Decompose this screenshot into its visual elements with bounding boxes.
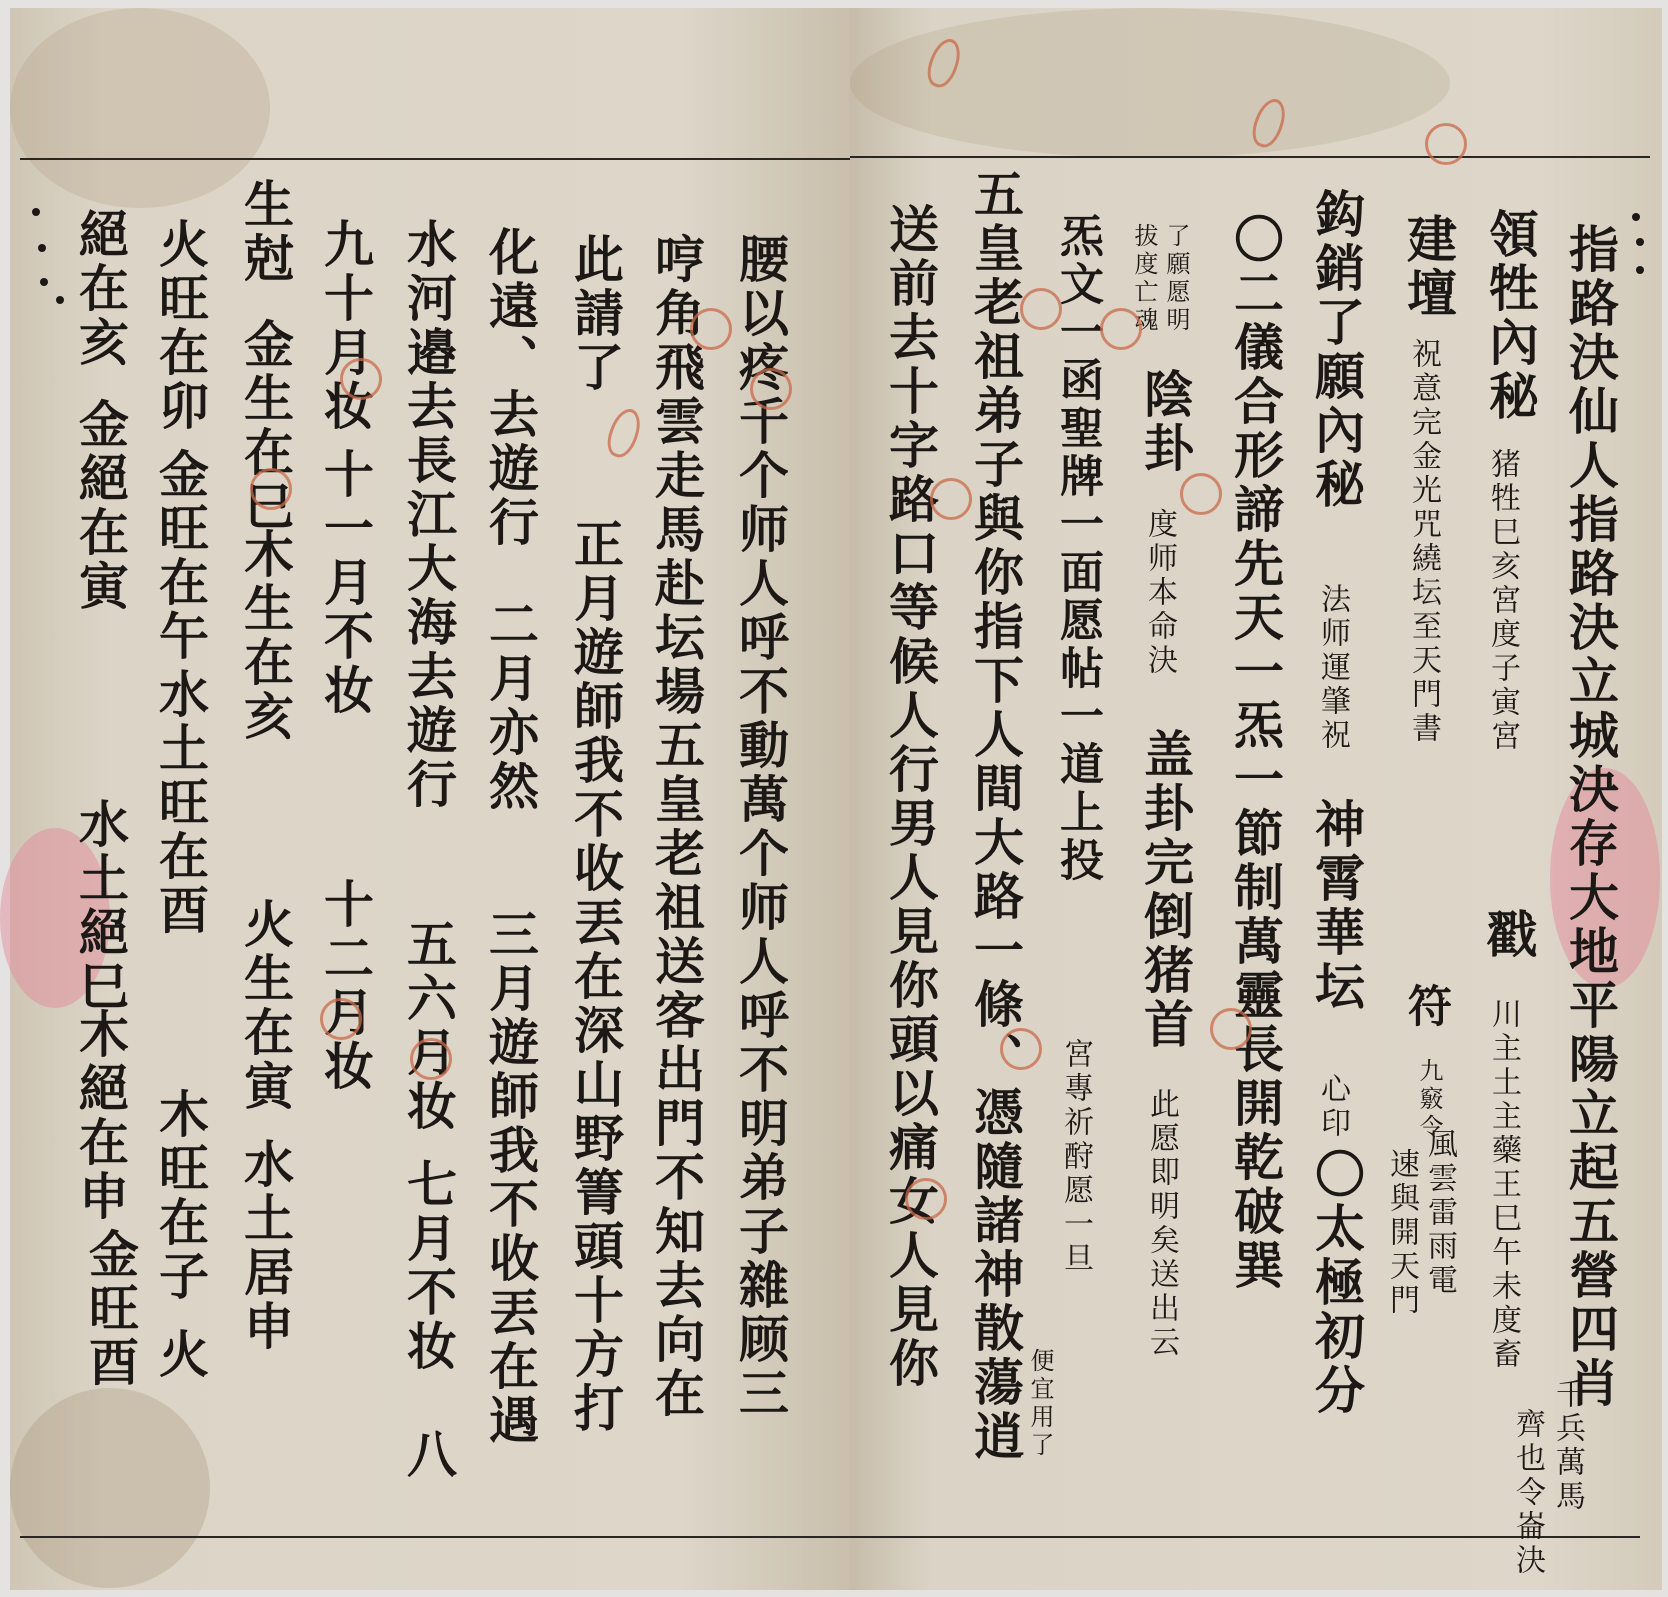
text-column-r3-title: 建壇 (1398, 213, 1458, 321)
red-circle-mark (320, 998, 362, 1040)
text-column-r7-note: 便宜用了 (1026, 1348, 1054, 1460)
text-column-l9b: 金絕在寅 (70, 398, 130, 614)
red-loop-mark (1247, 95, 1290, 152)
text-column-l9e: 金旺酉 (80, 1228, 140, 1390)
text-column-r2-title: 領牲內秘 (1480, 208, 1540, 424)
manuscript-spread: 腰以疼千个师人呼不動萬个师人呼不明弟子雜顾三 哼角飛雲走馬赴坛場五皇老祖送客出門… (10, 8, 1662, 1590)
red-circle-mark (1210, 1008, 1252, 1050)
right-page: 指路決仙人指路決立城決存大地平陽立起五營四肖 千兵萬馬 齊也令崙決 領牲內秘 猪… (850, 8, 1662, 1590)
text-column-l7d: 火生在寅 (235, 898, 295, 1114)
ink-dot (32, 208, 40, 216)
text-column-r4-title: 鈎銷了願內秘 (1306, 188, 1366, 512)
text-column-r4-main3: 〇太極初分 (1306, 1148, 1366, 1418)
ink-dot (1636, 238, 1644, 246)
red-loop-mark (922, 35, 965, 92)
text-column-l7c: 木生在亥 (235, 528, 295, 744)
red-circle-mark (1100, 308, 1142, 350)
text-column-l8a: 火旺在卯 (150, 218, 210, 434)
red-circle-mark (1000, 1028, 1042, 1070)
text-column-r2-mark: 戳 (1478, 908, 1538, 962)
red-circle-mark (340, 358, 382, 400)
ink-dot (1632, 213, 1640, 221)
text-column-r4-main2: 神霄華坛 (1306, 798, 1366, 1014)
red-circle-mark (1180, 473, 1222, 515)
text-column-l6c: 十二月妆 (315, 878, 375, 1094)
text-column-l4a: 化遠、去遊行 (480, 226, 540, 550)
text-column-r3-sub2b: 風雲雷雨電 (1422, 1128, 1456, 1298)
text-column-r4-sub: 法师運肇祝 (1315, 583, 1349, 753)
red-circle-mark (690, 308, 732, 350)
text-column-r6-main2: 盖卦完倒猪首 (1135, 728, 1195, 1052)
text-column-l7e: 水土居申 (235, 1138, 295, 1354)
text-column-l3b: 正月遊師我不收丟在深山野箐頭十方打 (565, 518, 625, 1436)
text-column-r6-note-a: 了願愿明 (1162, 223, 1190, 335)
text-column-l2: 哼角飛雲走馬赴坛場五皇老祖送客出門不知去向在 (646, 233, 706, 1421)
text-column-l8e: 火 (150, 1328, 210, 1382)
text-column-l5a: 水河邉去長江大海去遊行 (398, 218, 458, 812)
top-border-rule (20, 158, 850, 160)
text-column-l6b: 十一月不妆 (315, 448, 375, 718)
text-column-l3a: 此請了 (565, 233, 625, 395)
text-column-l8d: 木旺在子 (150, 1088, 210, 1304)
text-column-l9d: 木絕在申 (70, 1008, 130, 1224)
text-column-r1-note-b: 齊也令崙決 (1510, 1408, 1544, 1578)
text-column-l6a: 九十月妆 (315, 218, 375, 434)
red-circle-mark (1020, 288, 1062, 330)
bottom-border-rule (20, 1536, 850, 1538)
text-column-l5d: 八 (398, 1428, 458, 1482)
text-column-l5b: 五六月妆 (398, 918, 458, 1134)
text-column-r3-sub: 祝意完金光咒繞坛至天門書 (1406, 338, 1440, 746)
text-column-r5: 〇二儀合形諦先天一炁一節制萬靈長開乾破巽 (1225, 213, 1285, 1293)
red-loop-mark (602, 405, 645, 462)
text-column-l1: 腰以疼千个师人呼不動萬个师人呼不明弟子雜顾三 (730, 233, 790, 1421)
text-column-r7-sub: 宮專祈酧愿一旦 (1058, 1038, 1092, 1276)
text-column-l8b: 金旺在午 (150, 448, 210, 664)
text-column-l9a: 絕在亥 (70, 208, 130, 370)
text-column-l4b: 二月亦然 (480, 598, 540, 814)
ink-dot (1636, 266, 1644, 274)
red-circle-mark (750, 368, 792, 410)
water-stain (10, 8, 270, 208)
text-column-l5c: 七月不妆 (398, 1158, 458, 1374)
text-column-r6-sub2: 此愿即明矣送出云 (1144, 1088, 1178, 1360)
left-page: 腰以疼千个师人呼不動萬个师人呼不明弟子雜顾三 哼角飛雲走馬赴坛場五皇老祖送客出門… (10, 8, 850, 1590)
red-circle-mark (1425, 123, 1467, 165)
text-column-l8c: 水土旺在酉 (150, 668, 210, 938)
text-column-r6-main: 陰卦 (1135, 368, 1195, 476)
red-circle-mark (250, 468, 292, 510)
ink-dot (40, 278, 48, 286)
text-column-l4c: 三月遊師我不收丟在遇 (480, 908, 540, 1448)
text-column-l7a: 生尅 (235, 178, 295, 286)
text-column-r1: 指路決仙人指路決立城決存大地平陽立起五營四肖 (1560, 223, 1620, 1411)
red-circle-mark (410, 1038, 452, 1080)
talisman-symbol: 符 (1398, 983, 1452, 1031)
ink-dot (56, 296, 64, 304)
corner-stain (10, 1388, 210, 1588)
text-column-r2-sub: 猪牲巳亥宮度子寅宮 (1485, 448, 1519, 754)
top-border-rule (850, 156, 1650, 158)
ink-dot (38, 244, 46, 252)
text-column-r4-sub2: 心印 (1315, 1073, 1349, 1141)
text-column-r6-sub: 度师本命決 (1142, 508, 1176, 678)
text-column-r3-sub2c: 速與開天門 (1384, 1148, 1418, 1318)
text-column-r8: 五皇老祖弟子與你指下人間大路一條、憑隨諸神散蕩逍 (965, 168, 1025, 1464)
text-column-r1-note-a: 千兵萬馬 (1550, 1378, 1584, 1514)
text-column-l9c: 水土絕巳 (70, 798, 130, 1014)
red-circle-mark (930, 478, 972, 520)
red-circle-mark (905, 1178, 947, 1220)
text-column-r2-sub2: 川主土主藥王巳午未度畜 (1486, 998, 1520, 1372)
